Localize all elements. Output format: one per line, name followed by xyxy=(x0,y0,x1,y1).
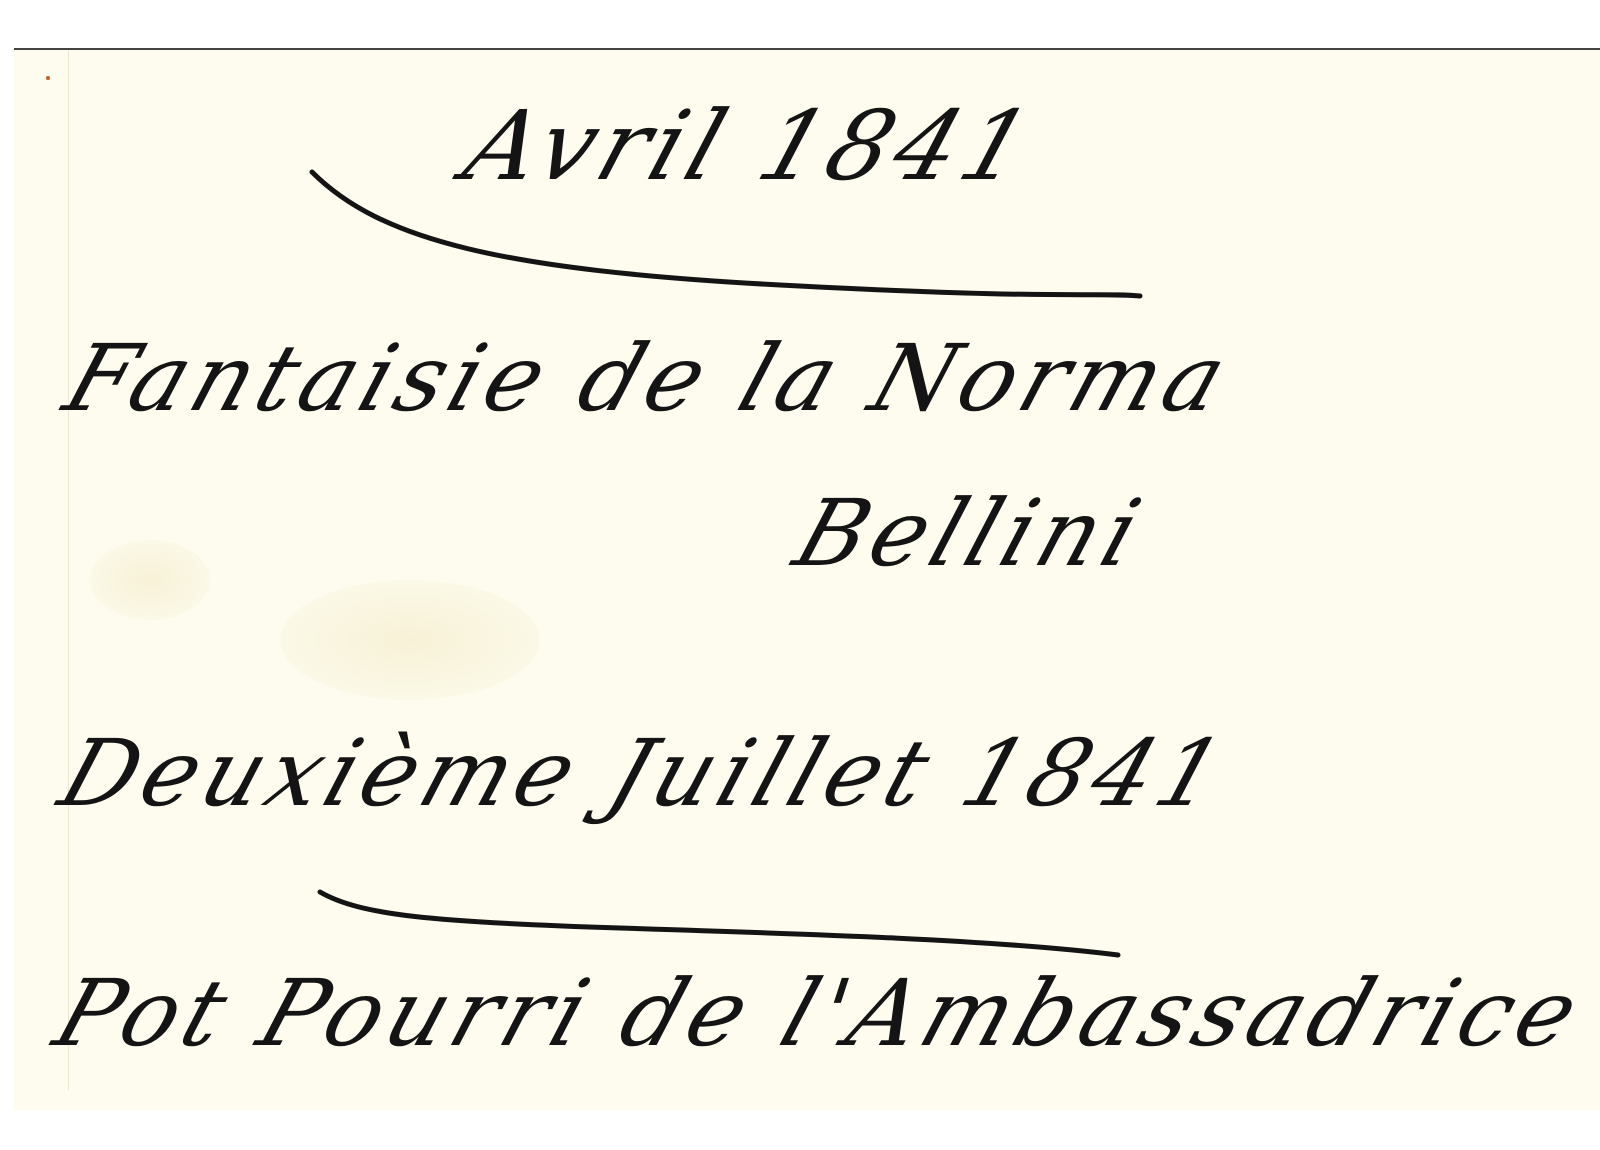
flourish-underlines xyxy=(0,0,1600,1150)
underline-flourish-bottom xyxy=(320,892,1118,955)
underline-flourish-top xyxy=(312,172,1140,296)
